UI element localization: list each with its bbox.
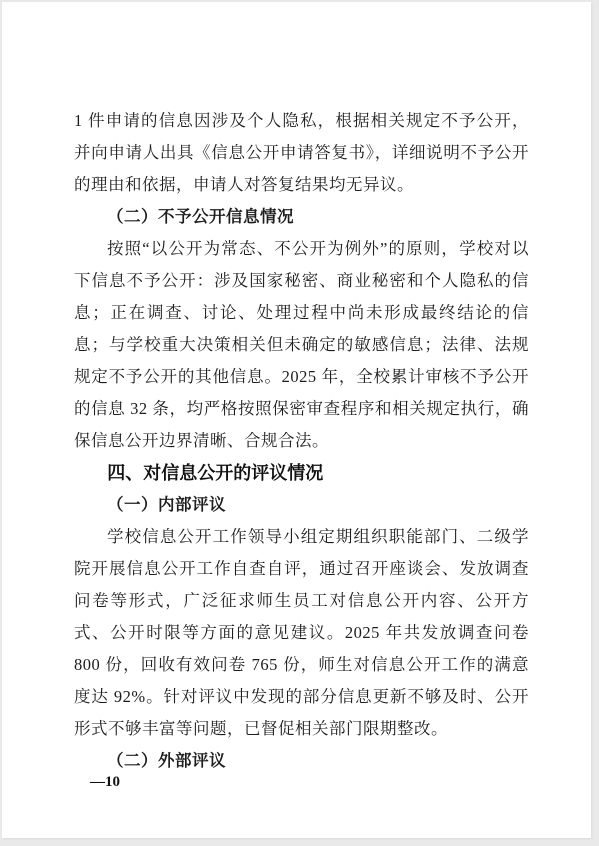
body-paragraph-not-disclosed: 按照“以公开为常态、不公开为例外”的原则，学校对以下信息不予公开：涉及国家秘密、…: [74, 233, 529, 457]
subsection-heading-internal-evaluation: （一）内部评议: [74, 489, 529, 521]
page-content: 1 件申请的信息因涉及个人隐私，根据相关规定不予公开，并向申请人出具《信息公开申…: [74, 105, 529, 777]
subsection-heading-external-evaluation: （二）外部评议: [74, 745, 529, 777]
body-paragraph-internal-evaluation: 学校信息公开工作领导小组定期组织职能部门、二级学院开展信息公开工作自查自评，通过…: [74, 521, 529, 745]
section-heading-evaluation: 四、对信息公开的评议情况: [74, 457, 529, 489]
page-number: —10: [90, 774, 120, 791]
body-paragraph-continuation: 1 件申请的信息因涉及个人隐私，根据相关规定不予公开，并向申请人出具《信息公开申…: [74, 105, 529, 201]
subsection-heading-not-disclosed-info: （二）不予公开信息情况: [74, 201, 529, 233]
document-page: 1 件申请的信息因涉及个人隐私，根据相关规定不予公开，并向申请人出具《信息公开申…: [2, 2, 591, 838]
